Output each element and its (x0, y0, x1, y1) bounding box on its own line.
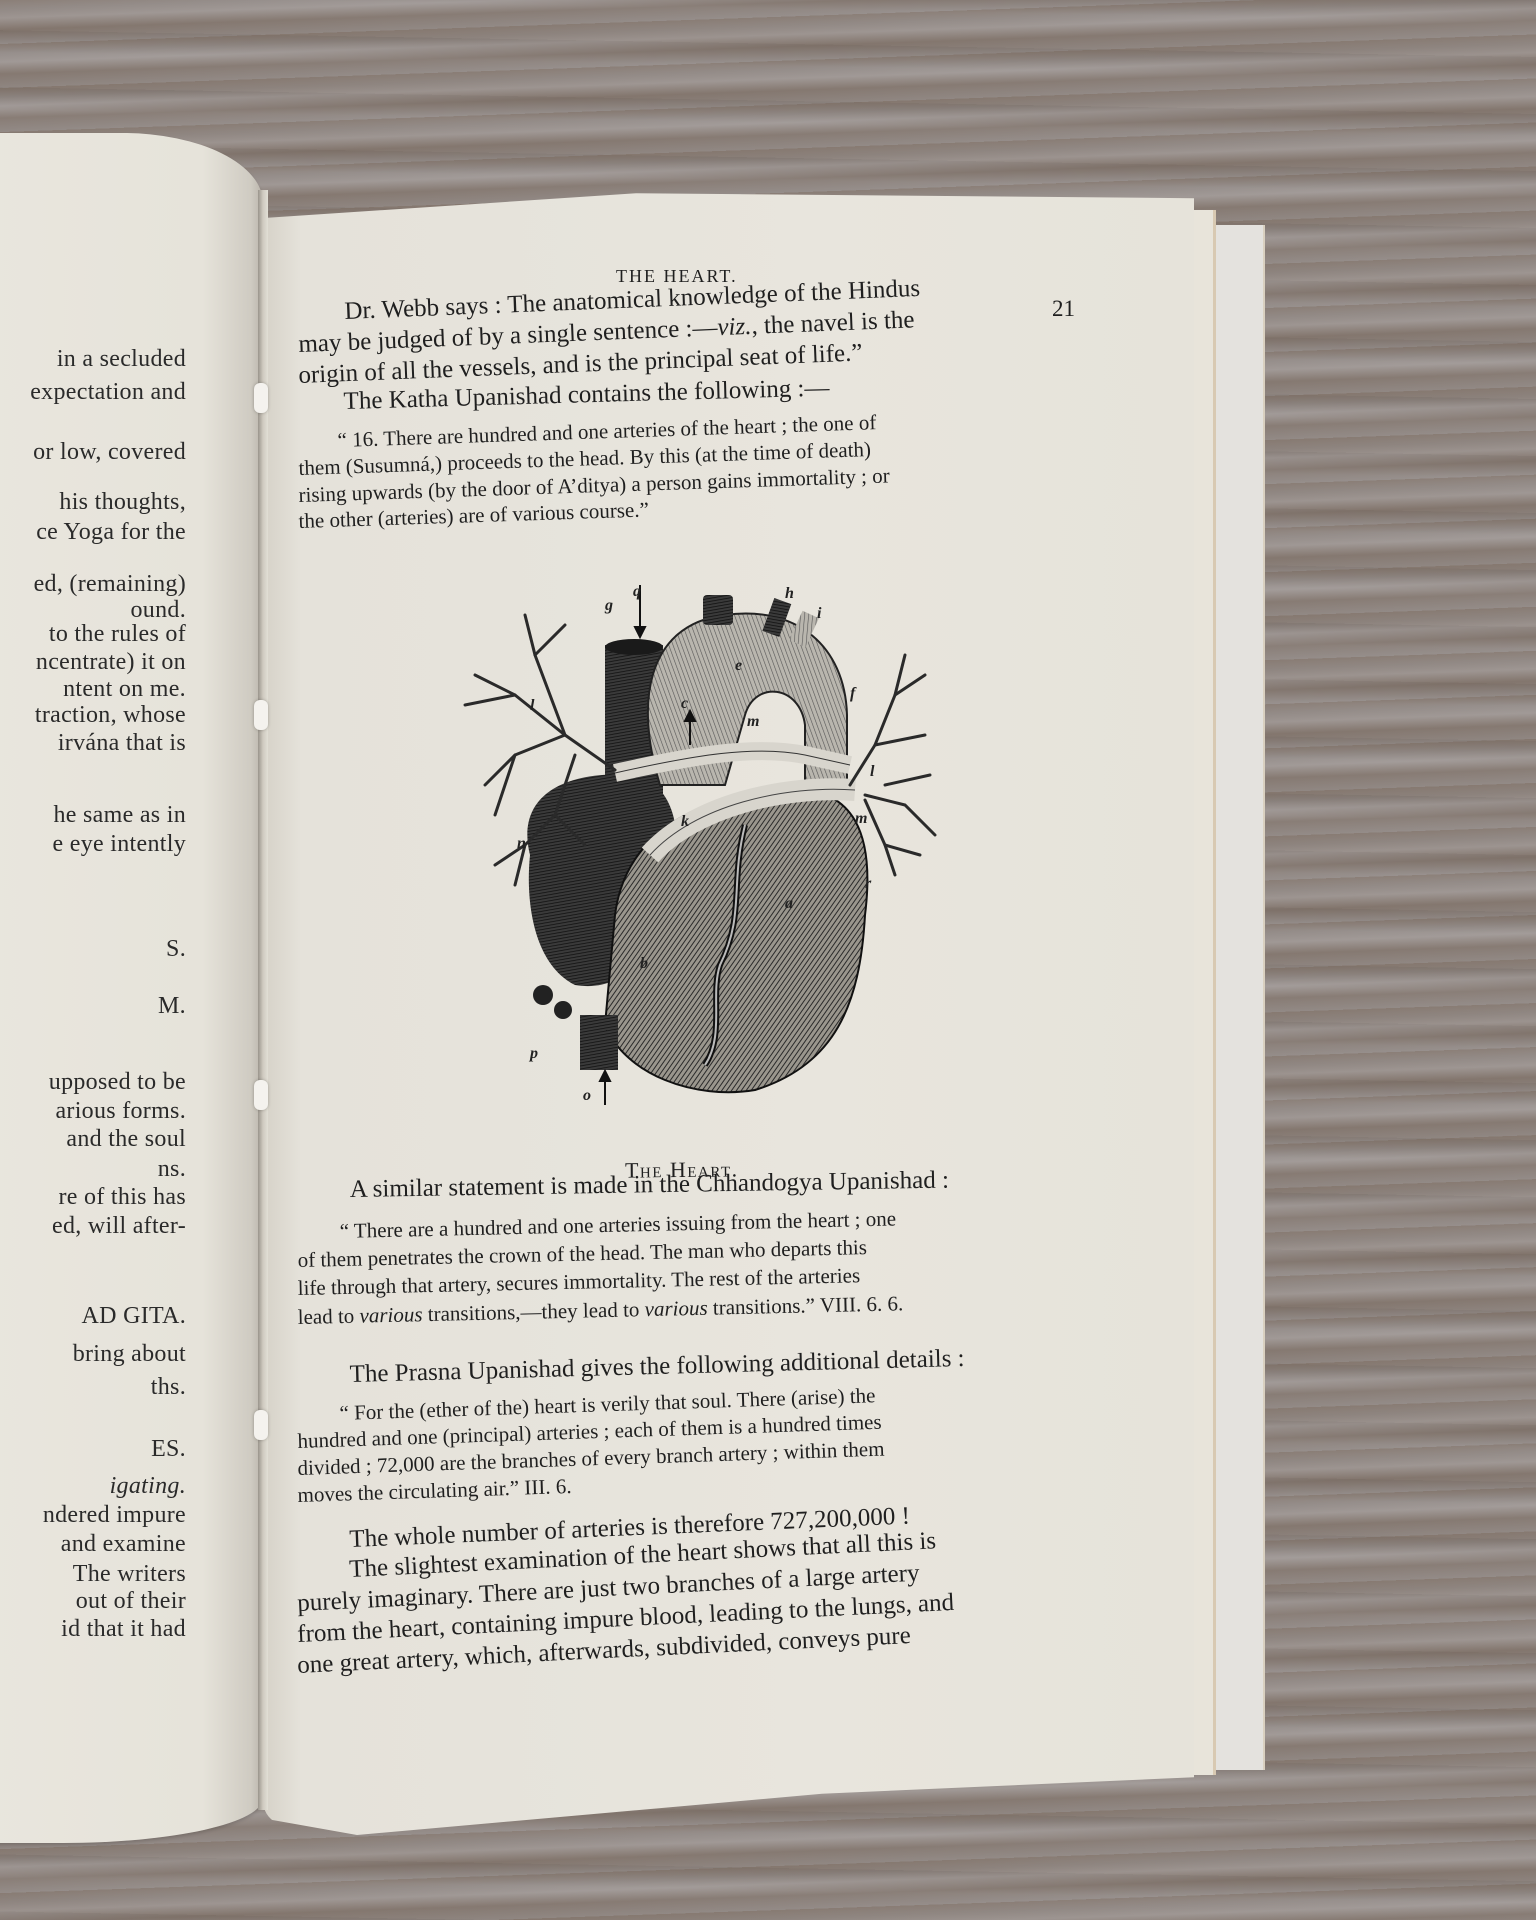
figure-label-m: m (747, 713, 759, 731)
figure-label-l-right: l (870, 763, 874, 781)
book-gutter (258, 190, 268, 1810)
left-page-line: id that it had (61, 1616, 186, 1643)
left-page-line: and the soul (66, 1126, 186, 1153)
left-page-line: expectation and (30, 379, 186, 406)
left-page-line: e eye intently (53, 831, 186, 858)
figure-label-k: k (681, 813, 689, 831)
figure-label-l-left: l (530, 697, 534, 715)
left-page-line: in a secluded (57, 346, 186, 373)
figure-label-o: o (583, 1087, 591, 1105)
figure-label-q: q (633, 583, 641, 601)
left-page-line: ed, (remaining) (34, 571, 186, 598)
figure-label-c: c (681, 695, 688, 713)
left-page-line: bring about (73, 1341, 186, 1368)
left-page-line: M. (158, 993, 186, 1020)
binding-stitch (254, 700, 268, 730)
figure-label-g: g (605, 597, 613, 615)
figure-label-i: i (817, 605, 821, 623)
figure-label-a: a (785, 895, 793, 913)
left-page-line: and examine (61, 1531, 186, 1558)
left-page-line: ntent on me. (63, 676, 186, 703)
left-page-line: ths. (151, 1374, 186, 1401)
heart-engraving-icon (455, 585, 945, 1105)
page-stack-back (1210, 225, 1265, 1770)
left-page-line: irvána that is (58, 730, 186, 757)
figure-label-e: e (735, 657, 742, 675)
left-page-line: or low, covered (33, 439, 186, 466)
binding-stitch (254, 383, 268, 413)
left-page-line: ns. (158, 1156, 186, 1183)
left-page-line: S. (166, 936, 186, 963)
binding-stitch (254, 1410, 268, 1440)
figure-label-r: r (865, 875, 871, 893)
figure-label-h: h (785, 585, 794, 603)
figure-label-n: n (517, 835, 526, 853)
figure-label-b: b (640, 955, 648, 973)
left-page-line: re of this has (58, 1184, 186, 1211)
figure-label-m-right: m (855, 810, 867, 828)
left-page-line: ce Yoga for the (36, 519, 186, 546)
left-page-line: ndered impure (43, 1502, 186, 1529)
left-page-line: igating. (110, 1473, 186, 1500)
heart-illustration: q g h i e c f m l l k n m r a b p o (455, 585, 945, 1105)
figure-label-f: f (850, 685, 855, 703)
left-page-line: AD GITA. (82, 1303, 186, 1330)
figure-label-p: p (530, 1045, 538, 1063)
left-page-line: ncentrate) it on (36, 649, 186, 676)
binding-stitch (254, 1080, 268, 1110)
left-page-line: ES. (151, 1436, 186, 1463)
left-page-line: to the rules of (49, 621, 186, 648)
left-page-line: out of their (76, 1588, 186, 1615)
left-page-line: ed, will after- (52, 1213, 186, 1240)
left-page-line: traction, whose (35, 702, 186, 729)
left-page-line: ound. (131, 597, 187, 624)
left-page-line: he same as in (53, 802, 186, 829)
left-page-line: arious forms. (55, 1098, 186, 1125)
left-page-line: his thoughts, (59, 489, 186, 516)
page-number: 21 (1052, 296, 1075, 322)
left-page-line: upposed to be (49, 1069, 186, 1096)
left-page-line: The writers (73, 1561, 186, 1588)
